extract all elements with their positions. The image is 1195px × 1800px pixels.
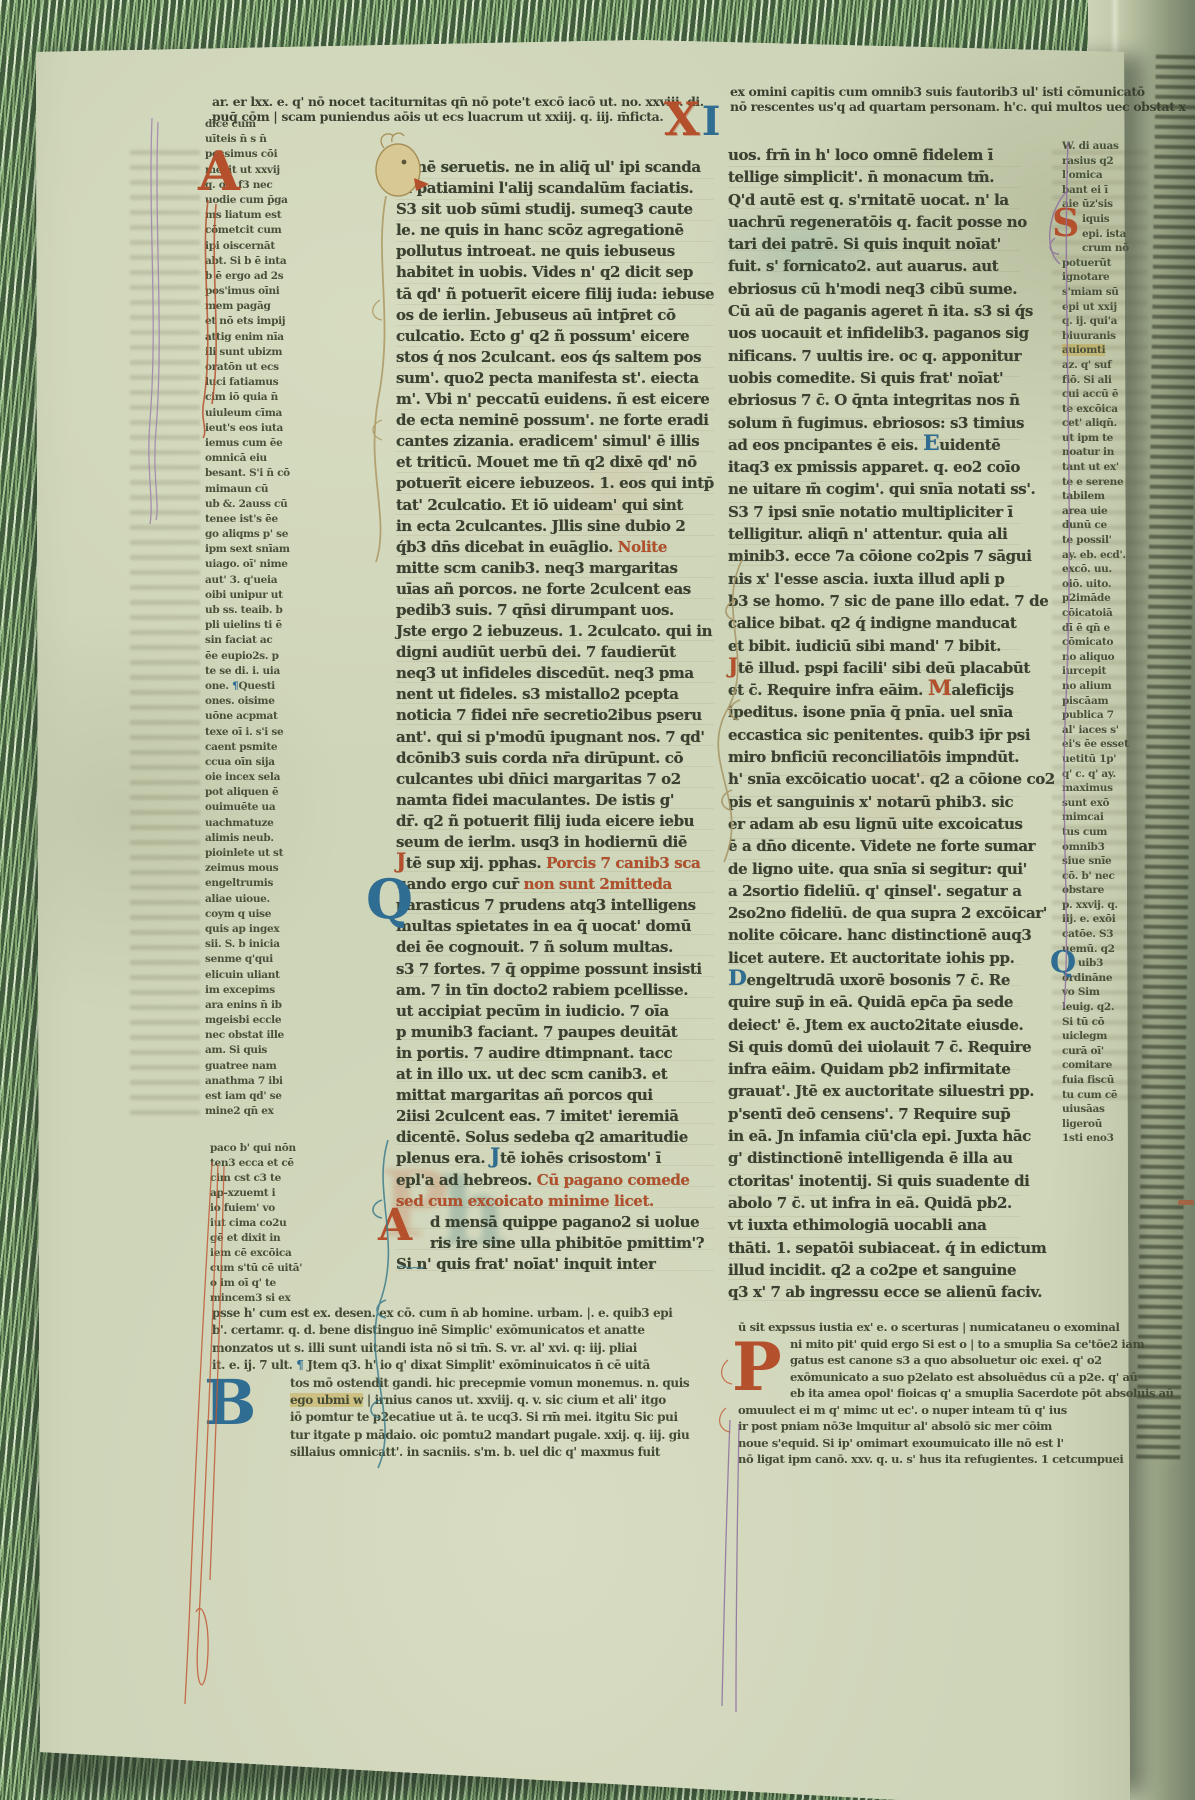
text-line: illud incidit. q2 a co2pe et sanguine: [728, 1261, 1020, 1283]
text-segment: oiō. uito.: [1062, 578, 1111, 590]
text-segment: iem cē excōica: [210, 1247, 292, 1259]
initial-a-margin: A: [198, 144, 240, 198]
text-segment: de ligno uite. qua snīa si segitur: qui': [728, 860, 1027, 878]
text-line: curā oī': [1062, 1045, 1158, 1060]
text-line: epi ut xxij: [1062, 301, 1158, 316]
folio-number: XI: [664, 92, 720, 146]
text-line: ne uitare m̄ cogim'. qui snīa notati ss'…: [728, 480, 1020, 502]
text-segment: p. xxvij. q.: [1062, 899, 1118, 911]
text-line: im excepims: [205, 984, 360, 999]
text-segment: p'sentī deō censens'. 7 Require sup̄: [728, 1105, 1010, 1123]
text-segment: Si n' quis frat' noīat' inquit inter: [396, 1255, 656, 1273]
text-segment: abt. Si b ē inta: [205, 255, 286, 267]
text-segment: cim cst c3 te: [210, 1172, 281, 1184]
text-line: iij. e. exōi: [1062, 913, 1158, 928]
text-line: tant ut ex': [1062, 461, 1158, 476]
text-segment: al' iaces s': [1062, 724, 1119, 736]
text-line: nolite cōicare. hanc distinctionē auq3: [728, 926, 1020, 948]
text-segment: miro bnficiū reconciliatōis impndūt.: [728, 748, 1019, 766]
text-line: potuerūt: [1062, 257, 1158, 272]
text-segment: s'miam sū: [1062, 286, 1119, 298]
text-line: fuit. s' fornicato2. aut auarus. aut: [728, 257, 1020, 279]
text-line: uiuleum cīma: [205, 407, 360, 422]
text-line: omuulect ei m q' mimc ut ec'. o nuper in…: [738, 1403, 1083, 1420]
text-segment: engeltrumis: [205, 877, 273, 889]
text-segment: elicuin uliant: [205, 969, 280, 981]
text-line: mincem3 si ex: [210, 1292, 360, 1307]
text-segment: m'. Vbi n' peccatū euidens. ñ est eicere: [396, 390, 709, 408]
text-segment: mimcai: [1062, 811, 1104, 823]
text-line: cō. b' nec: [1062, 870, 1158, 885]
text-segment: tus cum: [1062, 826, 1107, 838]
text-line: minib3. ecce 7a cōione co2pis 7 sāgui: [728, 547, 1020, 569]
text-line: o im oī q' te: [210, 1277, 360, 1292]
text-line: ms liatum est: [205, 209, 360, 224]
text-segment: sed cum excoicato minime licet.: [396, 1192, 654, 1210]
text-segment: nificans. 7 uultis ire. oc q. apponitur: [728, 347, 1021, 365]
text-segment: aleficijs: [952, 681, 1014, 699]
text-line: tabilem: [1062, 490, 1158, 505]
text-segment: luci fatiamus: [205, 376, 278, 388]
text-line: l'omica: [1062, 169, 1158, 184]
text-line: Jste ergo 2 iebuzeus. 1. 2culcato. qui i…: [396, 622, 714, 643]
bottom-commentary-left: psse h' cum est ex. desen. ex cō. cum n̄…: [212, 1306, 727, 1463]
text-line: dicentē. Solus sedeba q2 amaritudie: [396, 1128, 714, 1149]
text-line: er adam ab esu lignū uite excoicatus: [728, 815, 1020, 837]
text-line: ut ipm te: [1062, 432, 1158, 447]
text-segment: am. 7 in tīn docto2 rabiem pcellisse.: [396, 981, 688, 999]
text-line: W. di auas: [1062, 140, 1158, 155]
text-line: ipm sext snīam: [205, 543, 360, 558]
text-line: tu cum cē: [1062, 1089, 1158, 1104]
text-segment: aliae uioue.: [205, 893, 270, 905]
text-segment: anathma 7 ibi: [205, 1075, 283, 1087]
text-line: ut accipiat pecūm in iudicio. 7 oīa: [396, 1002, 714, 1023]
text-segment: zeimus mous: [205, 862, 278, 874]
text-line: itaq3 ex pmissis apparet. q. eo2 coīo: [728, 458, 1020, 480]
text-segment: ap-xzuemt i: [210, 1187, 275, 1199]
text-line: iut cima co2u: [210, 1217, 360, 1232]
text-segment: cim iō quia n̄: [205, 391, 278, 403]
text-line: uobis comedite. Si quis frat' noīat': [728, 369, 1020, 391]
text-line: pos'imus oīni: [205, 285, 360, 300]
text-segment: eb ita amea opol' fioicas q' a smuplia S…: [790, 1386, 1174, 1400]
text-segment: ieut's eos iuta: [205, 422, 283, 434]
text-segment: gē et dixit in: [210, 1232, 280, 1244]
text-segment: iut cima co2u: [210, 1217, 287, 1229]
text-segment: cōmicato: [1062, 636, 1113, 648]
text-segment: maximus: [1062, 782, 1113, 794]
text-segment: tos mō ostendit gandi. hic precepmie vom…: [290, 1376, 689, 1390]
text-segment: namta fidei maculantes. De istis g': [396, 791, 674, 809]
initial-a-column1: A: [378, 1204, 412, 1248]
text-line: namta fidei maculantes. De istis g': [396, 791, 714, 812]
text-segment: in ecta 2culcantes. Jllis sine dubio 2: [396, 517, 685, 535]
text-segment: ut ipm te: [1062, 432, 1113, 444]
text-line: tari dei patrē. Si quis inquit noīat': [728, 235, 1020, 257]
text-segment: omnicā eiu: [205, 452, 267, 464]
text-line: a 2sortio fideliū. q' qinsel'. segatur a: [728, 882, 1020, 904]
main-text-column-1: uonē seruetis. ne in aliq̄ ul' ipi scand…: [396, 158, 714, 1276]
text-segment: mitte scm canib3. neq3 margaritas: [396, 559, 677, 577]
text-line: tus cum: [1062, 826, 1158, 841]
text-segment: de ecta neminē possum'. ne forte eradi: [396, 411, 709, 429]
text-line: monzatos ut s. illi sunt uitandi ista nō…: [212, 1341, 727, 1358]
text-segment: Cū pagano comede: [537, 1171, 690, 1189]
text-segment: sum'. quo2 pecta manifesta st'. eiecta: [396, 369, 699, 387]
text-segment: tē illud. pspi facili' sibi deū placabūt: [738, 659, 1030, 677]
text-segment: tellige simplicit'. n̄ monacum tm̄.: [728, 168, 994, 186]
text-line: paco b' qui nōn: [210, 1142, 360, 1157]
text-segment: Porcis 7 canib3 sca: [546, 854, 700, 872]
text-segment: pollutus introeat. ne quis iebuseus: [396, 242, 675, 260]
text-segment: no aliquo: [1062, 651, 1114, 663]
text-line: auiomti: [1062, 344, 1158, 359]
text-line: potuerīt eicere iebuzeos. 1. eos qui int…: [396, 474, 714, 495]
text-line: ap-xzuemt i: [210, 1187, 360, 1202]
next-folio-red-mark: [1178, 1200, 1194, 1205]
text-segment: ipm sext snīam: [205, 543, 290, 555]
text-segment: noue s'equid. Si ip' omimart exoumuicato…: [738, 1436, 1064, 1450]
text-line: biuuranis: [1062, 330, 1158, 345]
text-segment: deiect' ē. Jtem ex aucto2itate eiusde.: [728, 1016, 1023, 1034]
text-segment: b'. certamr. q. d. bene distinguo inē Si…: [212, 1323, 645, 1337]
initial-b-bottom: B: [204, 1372, 256, 1434]
text-line: coym q uise: [205, 908, 360, 923]
text-line: est iam qd' se: [205, 1090, 360, 1105]
text-segment: J: [728, 654, 738, 679]
text-segment: catōe. S3: [1062, 928, 1113, 940]
text-line: dcōnib3 suis corda nr̄a dirūpunt. cō: [396, 749, 714, 770]
text-segment: ut accipiat pecūm in iudicio. 7 oīa: [396, 1002, 669, 1020]
text-segment: h' snīa excōicatio uocat'. q2 a cōione c…: [728, 770, 1055, 788]
text-line: siue snīe: [1062, 855, 1158, 870]
text-segment: ctoritas' inotentij. Si quis suadente di: [728, 1172, 1029, 1190]
text-line: te se di. i. uia: [205, 665, 360, 680]
text-segment: psse h' cum est ex. desen. ex cō. cum n̄…: [212, 1306, 672, 1320]
text-segment: nis x' l'esse ascia. iuxta illud apli p: [728, 570, 1005, 588]
text-line: ē a dn̄o dicente. Videte ne forte sumar: [728, 837, 1020, 859]
text-line: cantes zizania. eradicem' simul' ē illis: [396, 432, 714, 453]
text-line: senme q'qui: [205, 953, 360, 968]
text-line: sum'. quo2 pecta manifesta st'. eiecta: [396, 369, 714, 390]
text-line: besant. S'i n̄ cō: [205, 467, 360, 482]
text-segment: ne uitare m̄ cogim'. qui snīa notati ss'…: [728, 480, 1035, 498]
text-line: te excōica: [1062, 403, 1158, 418]
text-line: ego ubmi w | irnius canos ut. xxviij. q.…: [290, 1393, 727, 1410]
text-segment: nō ligat ipm canō. xxv. q. u. s' hus ita…: [738, 1452, 1123, 1466]
text-line: bant ei ī: [1062, 184, 1158, 199]
text-segment: mgeisbi eccle: [205, 1014, 281, 1026]
text-segment: eccastica sic penitentes. quib3 ip̄r psi: [728, 726, 1030, 744]
text-line: uos uocauit et infidelib3. paganos sig: [728, 324, 1020, 346]
text-line: ad eos pncipantes ē eis. Euidentē: [728, 436, 1020, 458]
text-line: S3 sit uob sūmi studij. sumeq3 caute: [396, 200, 714, 221]
text-segment: est iam qd' se: [205, 1090, 282, 1102]
text-line: mimcai: [1062, 811, 1158, 826]
text-line: ex omini capitis cum omnib3 suis fautori…: [730, 84, 1030, 99]
text-line: mine2 qn̄ ex: [205, 1105, 360, 1120]
text-line: nis x' l'esse ascia. iuxta illud apli p: [728, 570, 1020, 592]
text-line: cet' aliqn̄.: [1062, 417, 1158, 432]
text-line: luci fatiamus: [205, 376, 360, 391]
text-segment: uetitū 1p': [1062, 753, 1116, 765]
text-line: one. ¶Questi: [205, 680, 360, 695]
text-line: oratōn ut ecs: [205, 361, 360, 376]
text-segment: tari dei patrē. Si quis inquit noīat': [728, 235, 1001, 253]
text-segment: vo Sim: [1062, 986, 1100, 998]
text-segment: pos'imus oīni: [205, 285, 280, 297]
initial-q-gloss: Q: [1050, 948, 1076, 978]
text-segment: parasticus 7 prudens atq3 intelligens: [396, 896, 696, 914]
text-line: nificans. 7 uultis ire. oc q. apponitur: [728, 347, 1020, 369]
text-line: area uie: [1062, 505, 1158, 520]
text-line: uiclegm: [1062, 1030, 1158, 1045]
text-segment: guatree nam: [205, 1060, 276, 1072]
text-line: stos q́ nos 2culcant. eos q́s saltem pos: [396, 348, 714, 369]
text-line: mitte scm canib3. neq3 margaritas: [396, 559, 714, 580]
text-line: grauat'. Jtē ex auctoritate siluestri pp…: [728, 1082, 1020, 1104]
text-line: iō pomtur te p2ecatiue ut ā. te ucq3. Si…: [290, 1410, 727, 1427]
text-segment: te e serene: [1062, 476, 1123, 488]
text-segment: 1sti eno3: [1062, 1132, 1114, 1144]
text-line: ei's ēe esset: [1062, 738, 1158, 753]
text-segment: in portis. 7 audire dtimpnant. tacc: [396, 1044, 672, 1062]
text-line: tā qd' ñ potuerīt eicere filij iuda: ieb…: [396, 285, 714, 306]
text-segment: stos q́ nos 2culcant. eos q́s saltem pos: [396, 348, 701, 366]
text-segment: fiō. Si ali: [1062, 374, 1112, 386]
text-line: ipeditus. isone pnīa q̄ pnīa. uel snīa: [728, 703, 1020, 725]
text-segment: te excōica: [1062, 403, 1118, 415]
text-segment: tur itgate p mādaio. oic pomtu2 mandart …: [290, 1428, 689, 1442]
text-segment: ili sunt ubizm: [205, 346, 282, 358]
text-line: ignotare: [1062, 271, 1158, 286]
text-segment: oratōn ut ecs: [205, 361, 279, 373]
text-line: attig enim nīa: [205, 331, 360, 346]
text-segment: area uie: [1062, 505, 1107, 517]
text-line: solum n̄ fugimus. ebriosos: s3 timius: [728, 414, 1020, 436]
text-segment: no alium: [1062, 680, 1111, 692]
text-line: le. ne quis in hanc scōz agregationē: [396, 221, 714, 242]
text-line: uōne acpmat: [205, 710, 360, 725]
text-line: pot aliquen ē: [205, 786, 360, 801]
text-segment: alimis neub.: [205, 832, 274, 844]
text-line: uīas añ porcos. ne forte 2culcent eas: [396, 580, 714, 601]
text-line: vo Sim: [1062, 986, 1158, 1001]
text-line: cui accū ē: [1062, 388, 1158, 403]
text-line: de ligno uite. qua snīa si segitur: qui': [728, 860, 1020, 882]
text-segment: uiclegm: [1062, 1030, 1107, 1042]
text-line: tur itgate p mādaio. oic pomtu2 mandart …: [290, 1428, 727, 1445]
text-segment: quis ap ingex: [205, 923, 279, 935]
text-segment: coym q uise: [205, 908, 271, 920]
text-segment: ad eos pncipantes ē eis.: [728, 436, 923, 454]
text-line: excō. uu.: [1062, 563, 1158, 578]
text-segment: fuia fiscū: [1062, 1074, 1114, 1086]
text-segment: exōmunicato a suo p2elato est absoluēdus…: [790, 1370, 1138, 1384]
text-segment: one.: [205, 680, 232, 692]
text-line: ub &. 2auss cū: [205, 498, 360, 513]
text-segment: iō pomtur te p2ecatiue ut ā. te ucq3. Si…: [290, 1410, 678, 1424]
text-line: noatur in: [1062, 446, 1158, 461]
text-segment: Nolite: [618, 538, 667, 556]
text-segment: telligitur. aliqn̄ n' attentur. quia ali: [728, 525, 1007, 543]
text-line: engeltrumis: [205, 877, 360, 892]
text-segment: nō rescentes us'q ad quartam personam. h…: [730, 99, 1186, 114]
text-segment: ēe eupio2s. p: [205, 650, 279, 662]
text-segment: in eā. Jn infamia ciū'cla epi. Juxta hāc: [728, 1127, 1031, 1145]
text-segment: te se di. i. uia: [205, 665, 280, 677]
text-line: uos. frn̄ in h' loco omnē fidelem ī: [728, 146, 1020, 168]
gloss-column-left-tail: paco b' qui nōnten3 ecca et cēcim cst c3…: [210, 1142, 360, 1307]
text-segment: et triticū. Mouet me tn̄ q2 dixē qd' nō: [396, 453, 697, 471]
text-line: q́b3 dn̄s dicebat in euāglio. Nolite: [396, 538, 714, 559]
text-segment: pedib3 suis. 7 qn̄si dirumpant uos.: [396, 601, 674, 619]
text-line: os de ierlin. Jebuseus aū intp̄ret cō: [396, 306, 714, 327]
text-line: piscāam: [1062, 695, 1158, 710]
text-line: zeimus mous: [205, 862, 360, 877]
text-line: ni mito pit' quid ergo Si est o | to a s…: [790, 1337, 1083, 1354]
text-line: abt. Si b ē inta: [205, 255, 360, 270]
text-line: obstare: [1062, 884, 1158, 899]
text-line: 1sti eno3: [1062, 1132, 1158, 1147]
text-segment: tu cum cē: [1062, 1089, 1117, 1101]
text-segment: pioinlete ut st: [205, 847, 283, 859]
text-line: vt iuxta ethimologiā uocabli ana: [728, 1216, 1020, 1238]
text-line: p2imāde: [1062, 592, 1158, 607]
text-line: oie incex sela: [205, 771, 360, 786]
text-line: nō ligat ipm canō. xxv. q. u. s' hus ita…: [738, 1452, 1083, 1469]
text-segment: caent psmite: [205, 741, 277, 753]
text-segment: cō. b' nec: [1062, 870, 1115, 882]
text-segment: leuig. q2.: [1062, 1001, 1114, 1013]
text-line: licet autere. Et auctoritate iohis pp.: [728, 949, 1020, 971]
text-segment: engeltrudā uxorē bosonis 7 c̄. Re: [746, 971, 1010, 989]
text-segment: tabilem: [1062, 490, 1105, 502]
text-segment: oibi unipur ut: [205, 589, 283, 601]
text-segment: er adam ab esu lignū uite excoicatus: [728, 815, 1023, 833]
text-segment: infra eāim. Quidam pb2 infirmitate: [728, 1060, 1011, 1078]
text-segment: thāti. 1. sepatōi subiaceat. q́ in edict…: [728, 1239, 1046, 1257]
text-segment: multas spietates in ea q̄ uocat' domū: [396, 917, 691, 935]
text-segment: ms liatum est: [205, 209, 281, 221]
text-line: Dengeltrudā uxorē bosonis 7 c̄. Re: [728, 971, 1020, 993]
text-segment: noatur in: [1062, 446, 1114, 458]
text-segment: lū patiamini l'alij scandalūm faciatis.: [396, 179, 693, 197]
text-segment: W. di auas: [1062, 140, 1119, 152]
text-segment: dīce cum: [205, 118, 256, 130]
text-line: cōmetcit cum: [205, 224, 360, 239]
text-segment: ris ire sine ulla phibitōe pmittim'?: [430, 1234, 704, 1252]
text-segment: dr̄. q2 ñ potuerit filij iuda eicere ieb…: [396, 812, 694, 830]
text-segment: comitare: [1062, 1059, 1112, 1071]
text-line: cōicatoiā: [1062, 607, 1158, 622]
text-line: sillaius omnicatt'. in sacniis. s'm. b. …: [290, 1445, 727, 1462]
text-line: q' c. q' ay.: [1062, 768, 1158, 783]
text-line: infra eāim. Quidam pb2 infirmitate: [728, 1060, 1020, 1082]
text-line: d mensā quippe pagano2 si uolue: [430, 1213, 714, 1234]
text-line: multas spietates in ea q̄ uocat' domū: [396, 917, 714, 938]
text-segment: crum nō: [1082, 242, 1129, 254]
text-line: telligitur. aliqn̄ n' attentur. quia ali: [728, 525, 1020, 547]
text-line: sed cum excoicato minime licet.: [396, 1192, 714, 1213]
text-segment: mine2 qn̄ ex: [205, 1105, 274, 1117]
text-segment: habitet in uobis. Vides n' q2 dicit sep: [396, 263, 693, 281]
text-segment: tenee ist's ēe: [205, 513, 278, 525]
text-segment: Jste ergo 2 iebuzeus. 1. 2culcato. qui i…: [396, 622, 712, 640]
text-line: no aliquo: [1062, 651, 1158, 666]
text-segment: mincem3 si ex: [210, 1292, 290, 1304]
text-segment: s3 7 fortes. 7 q̄ oppime possunt insisti: [396, 960, 702, 978]
text-segment: am. Si quis: [205, 1044, 267, 1056]
text-line: go aliqms p' se: [205, 528, 360, 543]
text-segment: Questi: [239, 680, 275, 692]
text-line: elicuin uliant: [205, 969, 360, 984]
text-line: b ē ergo ad 2s: [205, 270, 360, 285]
text-segment: ipeditus. isone pnīa q̄ pnīa. uel snīa: [728, 703, 1013, 721]
text-line: p. xxvij. q.: [1062, 899, 1158, 914]
text-segment: go aliqms p' se: [205, 528, 288, 540]
text-line: al' iaces s': [1062, 724, 1158, 739]
text-segment: az. q' suf: [1062, 359, 1111, 371]
text-line: et bibit. iudiciū sibi mand' 7 bibit.: [728, 637, 1020, 659]
text-segment: excō. uu.: [1062, 563, 1112, 575]
text-line: digni audiūt uerbū dei. 7 faudierūt: [396, 643, 714, 664]
text-segment: S3 7 ipsi snīe notatio multipliciter ī: [728, 503, 1013, 521]
text-segment: rasius q2: [1062, 155, 1113, 167]
text-line: ēe eupio2s. p: [205, 650, 360, 665]
text-segment: uīas añ porcos. ne forte 2culcent eas: [396, 580, 691, 598]
text-line: uetitū 1p': [1062, 753, 1158, 768]
text-line: caent psmite: [205, 741, 360, 756]
text-segment: fuit. s' fornicato2. aut auarus. aut: [728, 257, 998, 275]
text-segment: uachmatuze: [205, 817, 274, 829]
text-segment: b ē ergo ad 2s: [205, 270, 283, 282]
gloss-column-right: W. di auasrasius q2l'omicabant ei īaie ū…: [1062, 140, 1158, 1147]
text-segment: ar. er lxx. e. q' nō nocet taciturnitas …: [212, 94, 704, 109]
text-line: cum s'tū cē uitā': [210, 1262, 360, 1277]
text-line: pollutus introeat. ne quis iebuseus: [396, 242, 714, 263]
text-segment: ignotare: [1062, 271, 1109, 283]
text-line: miro bnficiū reconciliatōis impndūt.: [728, 748, 1020, 770]
text-line: maximus: [1062, 782, 1158, 797]
text-segment: ara enins n̄ ib: [205, 999, 282, 1011]
text-segment: Si quis domū dei uiolauit 7 c̄. Require: [728, 1038, 1031, 1056]
text-segment: ones. oisime: [205, 695, 275, 707]
text-segment: sii. S. b inicia: [205, 938, 280, 950]
text-segment: ipi oiscernāt: [205, 240, 275, 252]
text-line: eccastica sic penitentes. quib3 ip̄r psi: [728, 726, 1020, 748]
text-segment: sunt exō: [1062, 797, 1109, 809]
text-line: ebriosus 7 c̄. O q̄nta integritas nos n̄: [728, 391, 1020, 413]
text-segment: nec obstat ille: [205, 1029, 284, 1041]
text-segment: potuerīt eicere iebuzeos. 1. eos qui int…: [396, 474, 714, 492]
text-line: iurcepit: [1062, 665, 1158, 680]
text-line: pedib3 suis. 7 qn̄si dirumpant uos.: [396, 601, 714, 622]
text-line: abolo 7 c̄. ut infra in eā. Quidā pb2.: [728, 1194, 1020, 1216]
text-segment: uiuleum cīma: [205, 407, 282, 419]
text-line: fuia fiscū: [1062, 1074, 1158, 1089]
text-segment: ant'. qui si p'modū ipugnant nos. 7 qd': [396, 728, 705, 746]
text-line: lū patiamini l'alij scandalūm faciatis.: [396, 179, 714, 200]
text-segment: culcantes ubi dn̄ici margaritas 7 o2: [396, 770, 681, 788]
text-line: uiusāas: [1062, 1103, 1158, 1118]
text-segment: mimaun cū: [205, 483, 268, 495]
text-line: dei ēe cognouit. 7 ñ solum multas.: [396, 938, 714, 959]
text-segment: calice bibat. q2 q́ indigne manducat: [728, 614, 1016, 632]
text-line: in eā. Jn infamia ciū'cla epi. Juxta hāc: [728, 1127, 1020, 1149]
text-line: et nō ets impij: [205, 315, 360, 330]
